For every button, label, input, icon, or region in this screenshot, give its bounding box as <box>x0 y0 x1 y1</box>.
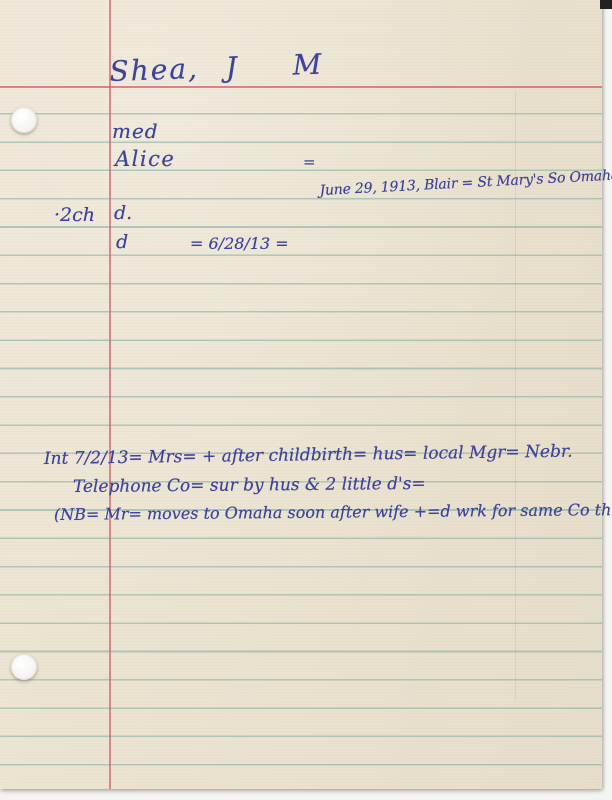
died-date: = 6/28/13 = <box>190 236 289 252</box>
hole-punch-top <box>11 107 37 133</box>
scanned-page-background: Shea, J M med Alice = June 29, 1913, Bla… <box>0 0 612 800</box>
equals-mark: = <box>303 155 316 170</box>
married-label: med <box>112 121 159 141</box>
margin-line-vertical <box>109 0 111 789</box>
hole-punch-bottom <box>11 654 37 680</box>
spouse-name: Alice <box>115 149 175 170</box>
died-label: d <box>116 233 128 252</box>
children-d-mark: d. <box>114 204 132 223</box>
notebook-paper: Shea, J M med Alice = June 29, 1913, Bla… <box>0 0 602 789</box>
name-heading: Shea, J M <box>109 51 324 86</box>
scanner-corner-artifact <box>600 0 612 9</box>
children-count: ·2ch <box>54 206 95 225</box>
margin-line-horizontal <box>0 86 602 88</box>
note-line-2: Telephone Co= sur by hus & 2 little d's= <box>73 476 426 496</box>
note-line-3: (NB= Mr= moves to Omaha soon after wife … <box>54 502 612 523</box>
